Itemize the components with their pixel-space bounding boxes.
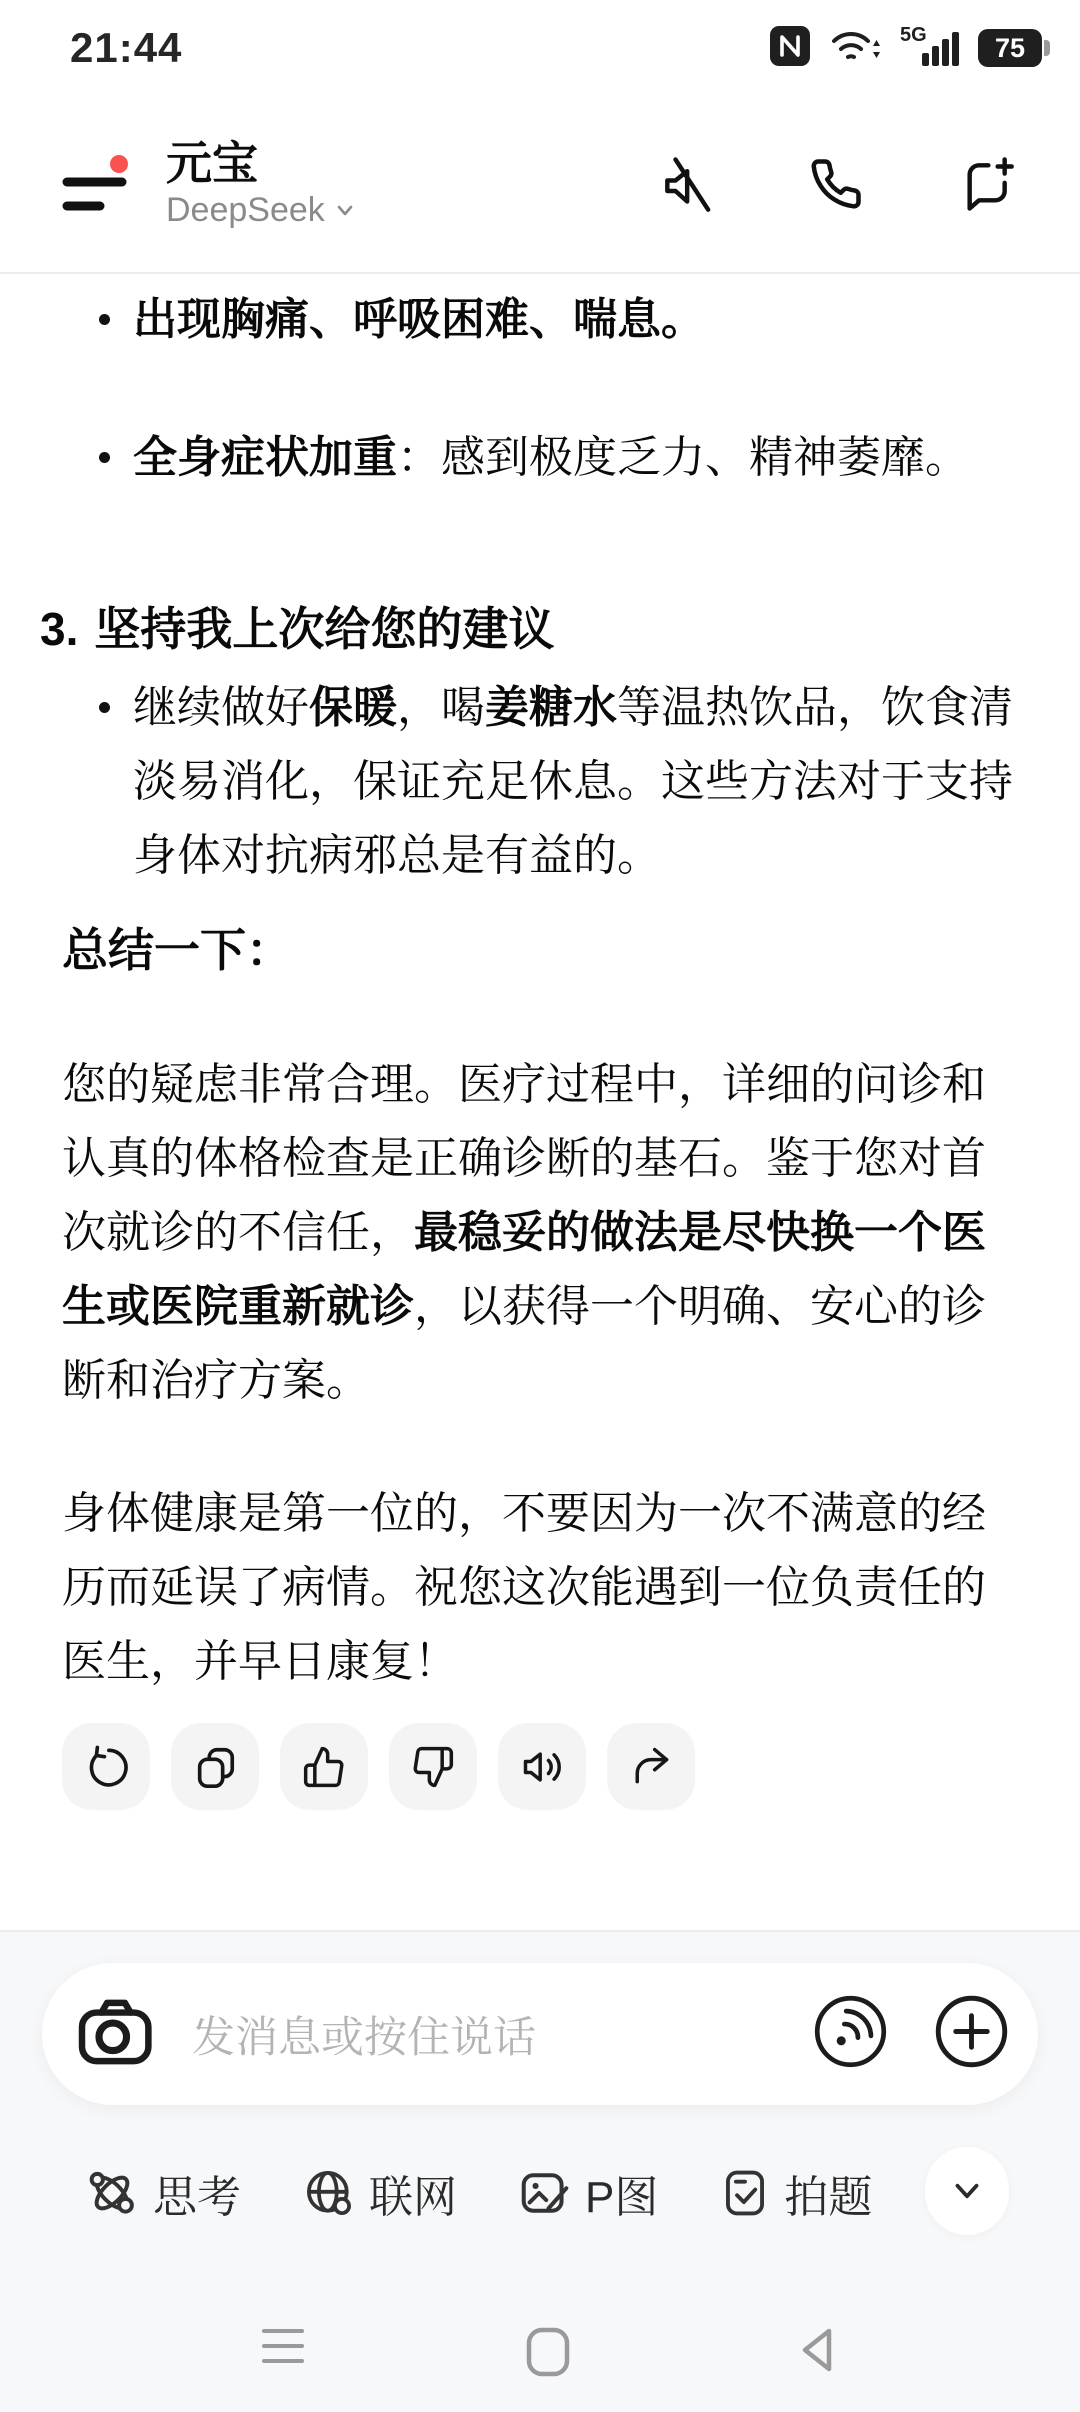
share-icon	[629, 1745, 673, 1789]
chevron-down-icon	[948, 2172, 986, 2210]
tool-label: 思考	[153, 2161, 241, 2225]
speaker-icon	[520, 1745, 564, 1789]
recent-apps-button[interactable]	[262, 2327, 304, 2372]
warning-bullet-2: 全身症状加重：感到极度乏力、精神萎靡。	[62, 421, 1020, 495]
read-aloud-button[interactable]	[498, 1723, 586, 1810]
new-chat-button[interactable]	[958, 156, 1014, 212]
new-chat-icon	[958, 156, 1014, 212]
tool-label: 拍题	[784, 2161, 872, 2225]
bullet-dot	[99, 452, 110, 463]
header-divider	[0, 272, 1080, 274]
tool-deep-think[interactable]: 思考	[85, 2161, 241, 2225]
tool-image-edit[interactable]: P图	[519, 2161, 658, 2225]
voice-call-button[interactable]	[808, 156, 864, 212]
appbar-actions	[658, 156, 1014, 212]
image-edit-icon	[519, 2167, 571, 2219]
home-icon	[526, 2327, 570, 2377]
clock: 21:44	[70, 24, 182, 72]
recents-icon	[262, 2327, 304, 2367]
model-name: DeepSeek	[166, 189, 325, 231]
quick-tools: 思考 联网 P图	[85, 2160, 872, 2226]
tool-web-search[interactable]: 联网	[303, 2161, 457, 2225]
summary-paragraph: 您的疑虑非常合理。医疗过程中，详细的问诊和认真的体格检查是正确诊断的基石。鉴于您…	[62, 1048, 1020, 1418]
composer-right-buttons	[812, 1993, 1010, 2075]
collapse-toolbar-button[interactable]	[925, 2147, 1009, 2235]
phone-icon	[809, 157, 863, 211]
bullet-text: ：感到极度乏力、精神萎靡。	[397, 433, 969, 482]
battery-percent: 75	[995, 33, 1025, 64]
globe-icon	[303, 2167, 355, 2219]
yuanbao-chat-screen: 21:44 5G 75	[0, 0, 1080, 2412]
plus-circle-icon	[933, 1993, 1010, 2070]
tool-snap-question[interactable]: 拍题	[720, 2161, 872, 2225]
camera-icon	[76, 1998, 156, 2066]
message-actions	[62, 1723, 695, 1810]
deep-think-icon	[85, 2166, 139, 2220]
model-selector[interactable]: DeepSeek	[166, 189, 357, 231]
copy-icon	[192, 1744, 238, 1790]
share-button[interactable]	[607, 1723, 695, 1810]
section-heading: 3.坚持我上次给您的建议	[40, 592, 1020, 666]
back-icon	[798, 2327, 834, 2373]
thumbs-up-icon	[302, 1745, 346, 1789]
app-title: 元宝	[166, 137, 357, 189]
voice-wave-icon	[812, 1993, 889, 2070]
tool-label: 联网	[369, 2161, 457, 2225]
add-button[interactable]	[933, 1993, 1010, 2075]
advice-text: 继续做好	[133, 683, 309, 732]
snap-question-icon	[720, 2168, 770, 2218]
closing-paragraph: 身体健康是第一位的，不要因为一次不满意的经历而延误了病情。祝您这次能遇到一位负责…	[62, 1477, 1020, 1699]
message-input[interactable]: 发消息或按住说话	[42, 1963, 1038, 2105]
composer-placeholder: 发消息或按住说话	[192, 2004, 812, 2065]
advice-bold: 保暖	[309, 683, 397, 732]
regenerate-icon	[83, 1744, 129, 1790]
home-button[interactable]	[526, 2327, 570, 2382]
bullet-dot	[99, 314, 110, 325]
voice-input-button[interactable]	[812, 1993, 889, 2075]
advice-bold: 姜糖水	[485, 683, 617, 732]
tool-label: P图	[585, 2161, 658, 2225]
section-title: 坚持我上次给您的建议	[94, 603, 554, 655]
section-number: 3.	[40, 603, 78, 655]
thumbs-down-icon	[411, 1745, 455, 1789]
bullet-text-bold: 全身症状加重	[133, 433, 397, 482]
wifi-icon	[828, 24, 884, 73]
app-bar: 元宝 DeepSeek	[0, 96, 1080, 272]
advice-bullet: 继续做好保暖，喝姜糖水等温热饮品，饮食清淡易消化，保证充足休息。这些方法对于支持…	[62, 671, 1020, 893]
signal-5g-icon: 5G	[900, 24, 962, 73]
battery-icon: 75	[978, 29, 1042, 67]
android-navbar	[0, 2317, 1080, 2412]
mute-voice-button[interactable]	[658, 156, 714, 212]
summary-heading: 总结一下：	[62, 913, 1020, 987]
copy-button[interactable]	[171, 1723, 259, 1810]
thumbs-up-button[interactable]	[280, 1723, 368, 1810]
thumbs-down-button[interactable]	[389, 1723, 477, 1810]
menu-button[interactable]	[62, 151, 128, 217]
chevron-down-icon	[333, 198, 357, 222]
title-block: 元宝 DeepSeek	[166, 137, 357, 231]
status-bar: 21:44 5G 75	[0, 0, 1080, 96]
svg-text:5G: 5G	[900, 24, 927, 46]
bullet-text: 出现胸痛、呼吸困难、喘息。	[133, 295, 705, 344]
camera-button[interactable]	[76, 1998, 156, 2071]
advice-text: ，喝	[397, 683, 485, 732]
status-icons: 5G 75	[768, 24, 1042, 73]
speaker-muted-icon	[658, 156, 714, 212]
regenerate-button[interactable]	[62, 1723, 150, 1810]
hamburger-icon	[62, 151, 128, 217]
bullet-dot	[99, 702, 110, 713]
composer-panel: 发消息或按住说话	[0, 1930, 1080, 2412]
back-button[interactable]	[798, 2327, 834, 2378]
warning-bullet-1: 出现胸痛、呼吸困难、喘息。	[62, 283, 1020, 357]
nfc-icon	[768, 24, 812, 73]
